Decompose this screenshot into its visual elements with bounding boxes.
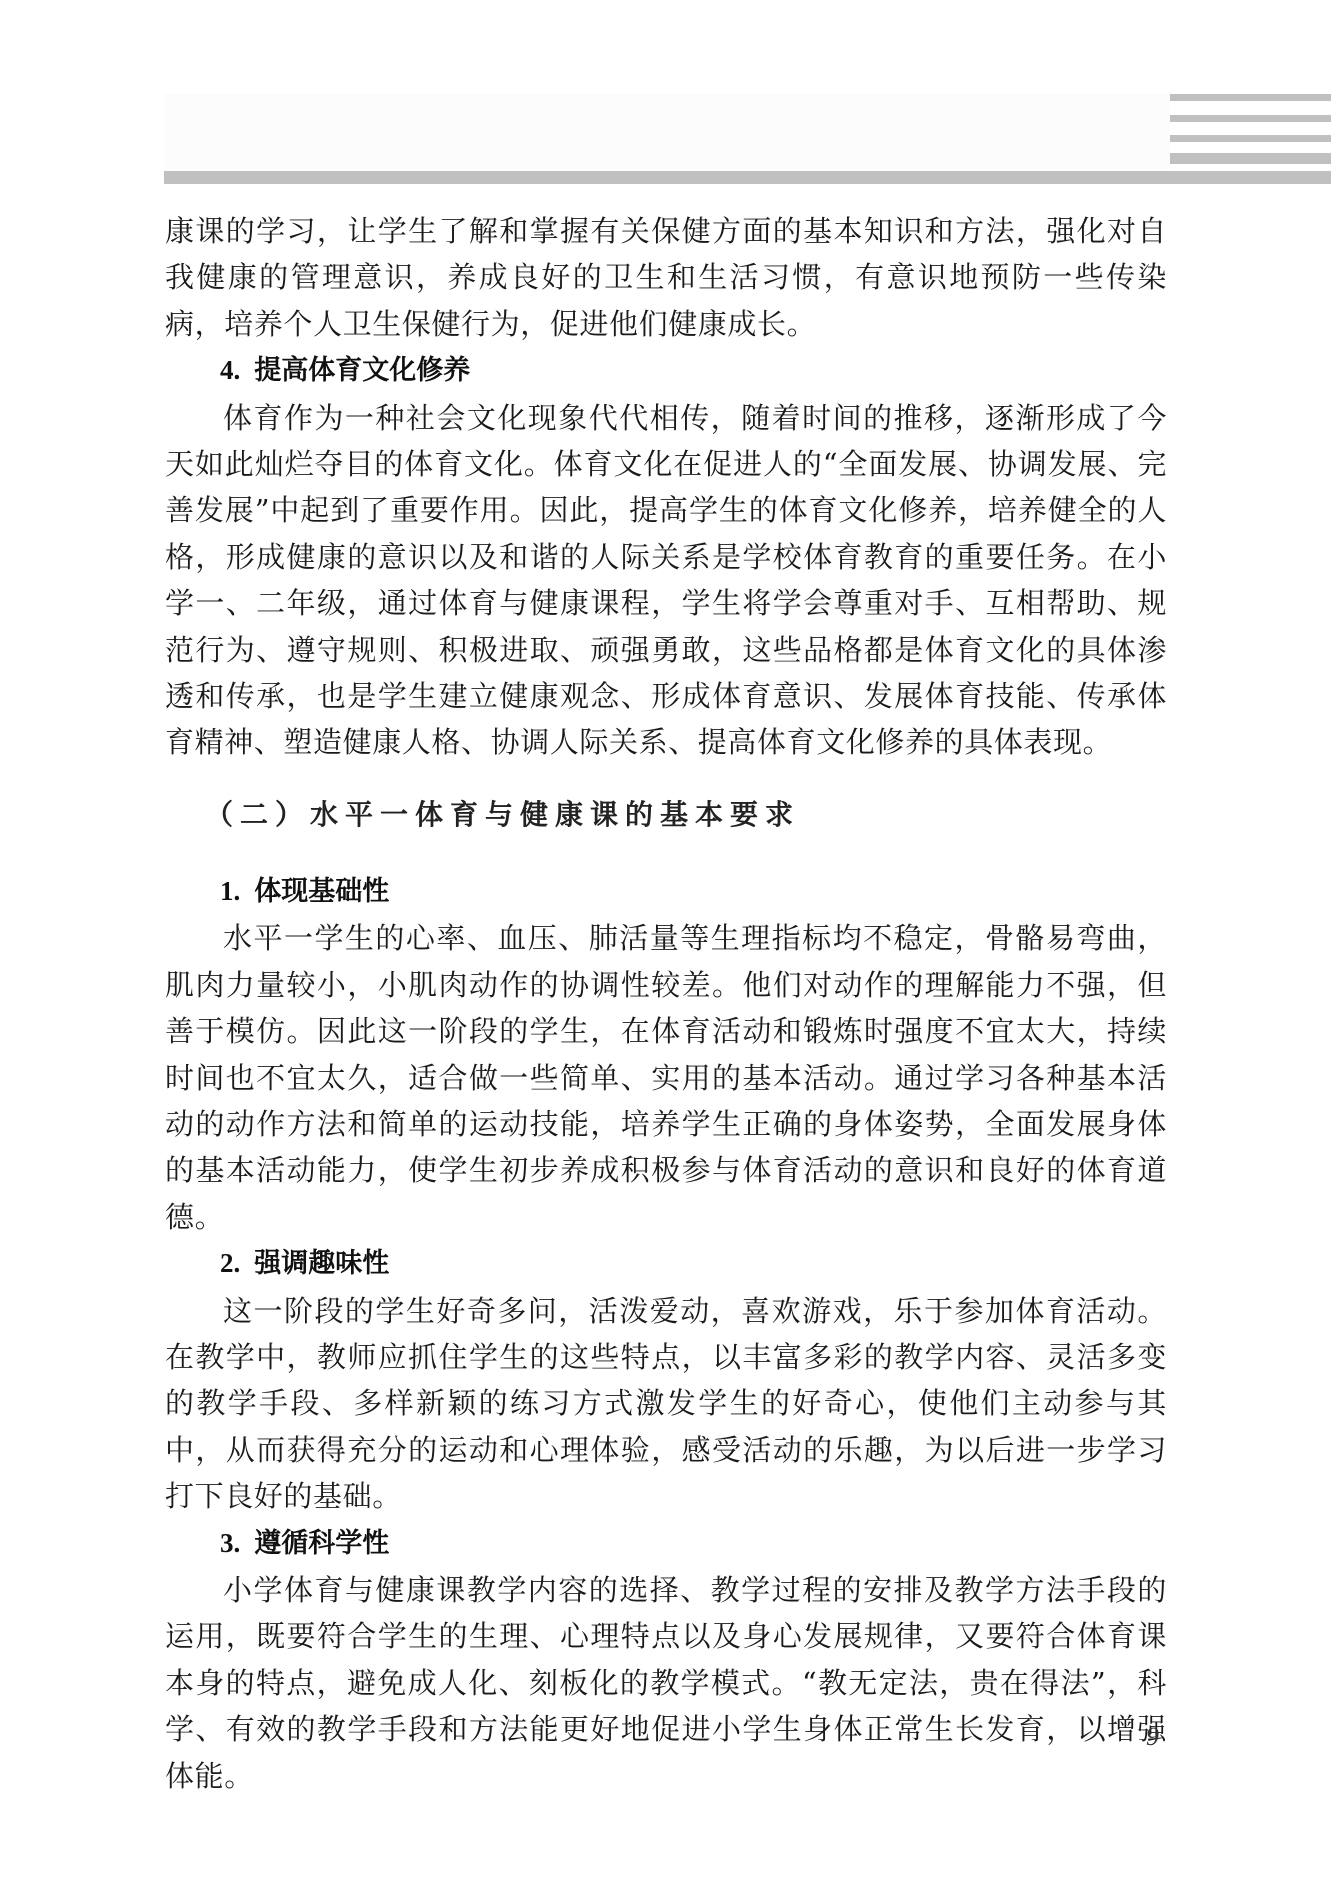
- heading-title: 体现基础性: [254, 876, 389, 907]
- requirement-3-paragraph: 小学体育与健康课教学内容的选择、教学过程的安排及教学方法手段的运用，既要符合学生…: [165, 1567, 1167, 1799]
- requirement-2-paragraph: 这一阶段的学生好奇多问，活泼爱动，喜欢游戏，乐于参加体育活动。在教学中，教师应抓…: [165, 1288, 1167, 1520]
- heading-number: 2.: [220, 1248, 240, 1278]
- section-4-paragraph: 体育作为一种社会文化现象代代相传，随着时间的推移，逐渐形成了今天如此灿烂夺目的体…: [165, 395, 1167, 766]
- heading-number: 4.: [220, 355, 240, 385]
- heading-title: 提高体育文化修养: [254, 355, 470, 386]
- header-stripe: [1170, 135, 1331, 142]
- heading-title: 遵循科学性: [254, 1528, 389, 1559]
- requirement-heading-2: 2.强调趣味性: [165, 1240, 1167, 1287]
- requirement-heading-1: 1.体现基础性: [165, 868, 1167, 915]
- header-rule: [164, 171, 1331, 184]
- requirement-heading-3: 3.遵循科学性: [165, 1520, 1167, 1567]
- heading-title: 强调趣味性: [254, 1248, 389, 1279]
- section-heading-4: 4.提高体育文化修养: [165, 347, 1167, 394]
- heading-number: 3.: [220, 1528, 240, 1558]
- part-2-title: （二）水平一体育与健康课的基本要求: [165, 792, 1167, 838]
- page-number: 9: [1146, 1722, 1159, 1752]
- page-body: 康课的学习，让学生了解和掌握有关保健方面的基本知识和方法，强化对自我健康的管理意…: [165, 208, 1167, 1799]
- requirement-1-paragraph: 水平一学生的心率、血压、肺活量等生理指标均不稳定，骨骼易弯曲，肌肉力量较小，小肌…: [165, 915, 1167, 1240]
- header-stripe: [1170, 115, 1331, 122]
- header-stripe: [1170, 153, 1331, 164]
- heading-number: 1.: [220, 876, 240, 906]
- header-band: [164, 94, 1170, 171]
- header-stripe: [1170, 94, 1331, 101]
- intro-paragraph: 康课的学习，让学生了解和掌握有关保健方面的基本知识和方法，强化对自我健康的管理意…: [165, 208, 1167, 347]
